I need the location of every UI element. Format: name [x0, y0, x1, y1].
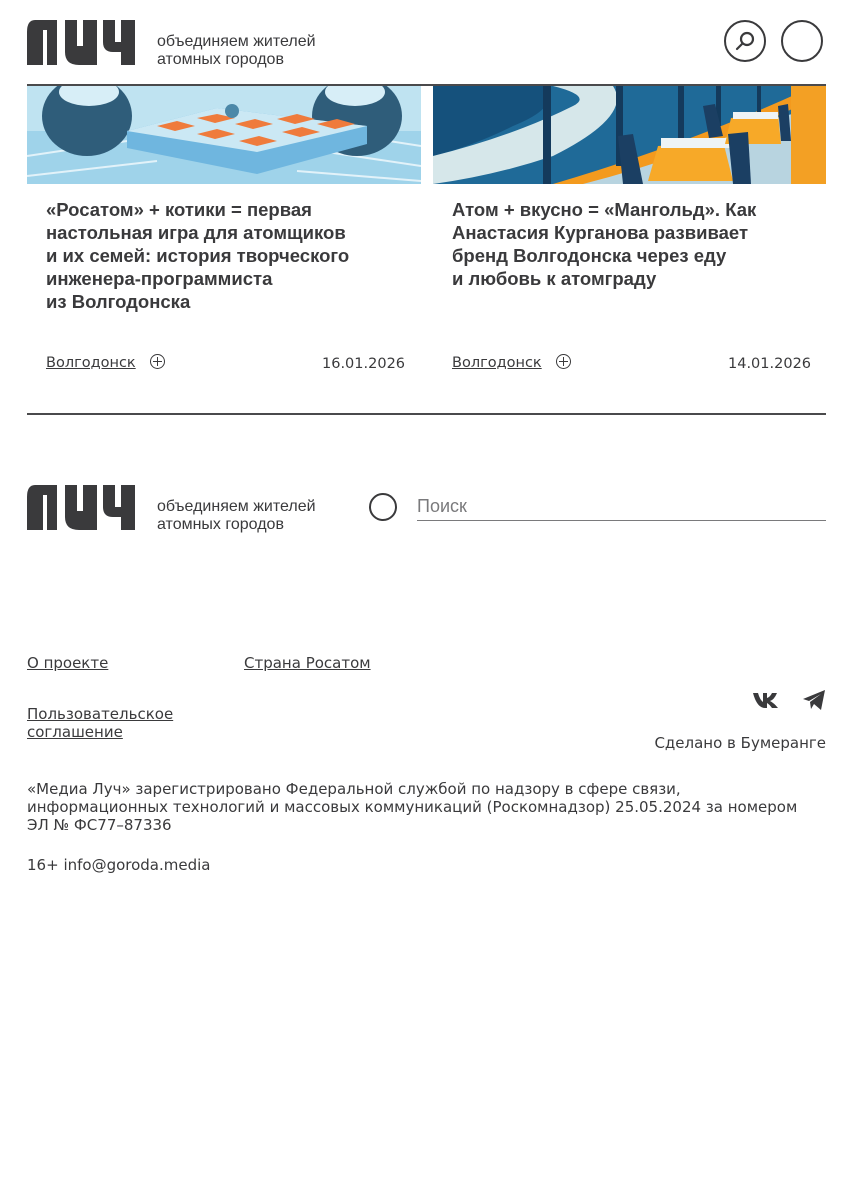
section-divider: [27, 413, 826, 415]
vk-icon[interactable]: [752, 690, 780, 710]
card-title[interactable]: «Росатом» + котики = первая настольная и…: [46, 198, 386, 313]
footer-link-strana-rosatom[interactable]: Страна Росатом: [244, 654, 371, 672]
menu-button[interactable]: [781, 20, 823, 62]
add-city-icon[interactable]: [150, 354, 165, 369]
header-tagline: объединяем жителей атомных городов: [157, 33, 316, 69]
add-city-icon[interactable]: [556, 354, 571, 369]
card-date: 16.01.2026: [322, 356, 405, 372]
city-tag-link[interactable]: Волгодонск: [46, 355, 136, 371]
search-button[interactable]: [724, 20, 766, 62]
email-link[interactable]: info@goroda.media: [63, 856, 210, 874]
footer-luch-logo[interactable]: [27, 485, 135, 530]
footer-contact: 16+ info@goroda.media: [27, 856, 211, 874]
card-meta: Волгодонск: [452, 354, 571, 376]
made-by-credit[interactable]: Сделано в Бумеранге: [654, 734, 826, 752]
footer-search-circle-icon[interactable]: [369, 493, 397, 521]
legal-notice: «Медиа Луч» зарегистрировано Федеральной…: [27, 780, 827, 834]
card-title[interactable]: Атом + вкусно = «Мангольд». Как Анастаси…: [452, 198, 792, 290]
city-tag-link[interactable]: Волгодонск: [452, 355, 542, 371]
footer-link-user-agreement[interactable]: Пользовательское соглашение: [27, 705, 227, 741]
search-icon: [733, 29, 757, 53]
card-image-restaurant[interactable]: [433, 86, 826, 184]
card-date: 14.01.2026: [728, 356, 811, 372]
footer-tagline: объединяем жителей атомных городов: [157, 498, 316, 534]
luch-logo[interactable]: [27, 20, 135, 65]
footer-search-input[interactable]: [417, 492, 826, 521]
card-meta: Волгодонск: [46, 354, 165, 376]
age-rating: 16+: [27, 856, 59, 874]
card-image-boardgame[interactable]: [27, 86, 421, 184]
footer-link-about[interactable]: О проекте: [27, 654, 108, 672]
telegram-icon[interactable]: [802, 689, 826, 711]
